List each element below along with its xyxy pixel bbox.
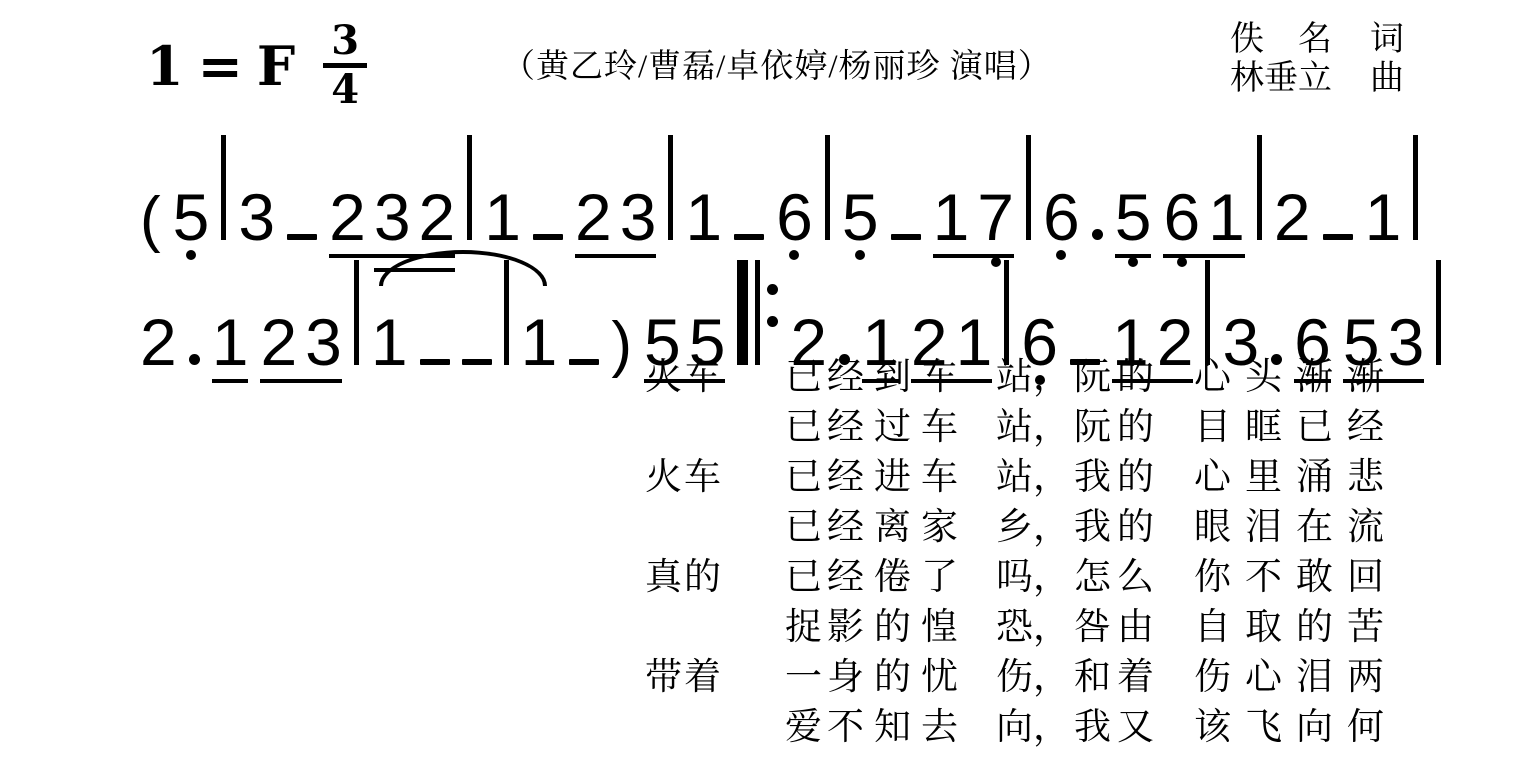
barline-icon — [825, 135, 830, 240]
dash-note-icon — [420, 359, 450, 365]
composer-name: 林垂立 — [1230, 59, 1332, 98]
tie-group: 11 — [371, 260, 557, 387]
lyric-cell: 已 — [785, 359, 827, 396]
beam-group: 5 — [1115, 184, 1152, 258]
lyric-row: 已经过车站，阮的目眶已经 — [645, 402, 1384, 452]
barline-icon — [1026, 135, 1031, 240]
lyric-cell: 阮的 — [1074, 409, 1194, 446]
note: 3 — [374, 184, 411, 250]
lyric-cell: 经过车 — [827, 409, 996, 446]
lyric-cell: 我又 — [1074, 709, 1194, 746]
note: 1 — [933, 184, 970, 250]
lyric-cell: 自取的苦 — [1194, 609, 1384, 646]
lyric-row: 真的已经倦了吗，怎么你不敢回 — [645, 552, 1384, 602]
lyric-cell: 站， — [996, 359, 1074, 396]
lyric-cell: 眼泪在流 — [1194, 509, 1384, 546]
composer-credit: 林垂立 曲 — [1230, 59, 1404, 98]
lyric-cell: 不知去 — [827, 709, 996, 746]
note: 2 — [260, 309, 297, 375]
barline-icon — [1205, 260, 1210, 365]
lyric-row: 带着一身的忧伤，和着伤心泪两 — [645, 652, 1384, 702]
dash-note-icon — [1323, 234, 1353, 240]
time-numerator: 3 — [331, 22, 359, 60]
note: 1 — [521, 309, 558, 375]
barline-icon — [354, 260, 359, 365]
lyric-cell: 经进车 — [827, 459, 996, 496]
lyric-cell: 影的惶 — [827, 609, 996, 646]
note: 1 — [212, 309, 249, 375]
beam-group: 23 — [575, 184, 656, 258]
note: 3 — [620, 184, 657, 250]
lyric-cell: 带着 — [645, 659, 785, 696]
note: 1 — [484, 184, 521, 250]
beam-group: 232 — [329, 184, 455, 258]
music-line-1: (5323212316517656121 — [140, 135, 1418, 262]
parenthesis: ( — [140, 189, 161, 251]
lyric-cell: 已 — [785, 459, 827, 496]
lyric-cell: 已 — [785, 559, 827, 596]
augmentation-dot-icon — [1092, 229, 1103, 240]
lyric-cell: 伤， — [996, 659, 1074, 696]
lyric-cell: 真的 — [645, 559, 785, 596]
lyric-cell: 怎么 — [1074, 559, 1194, 596]
lyric-cell: 伤心泪两 — [1194, 659, 1384, 696]
barline-icon — [1004, 260, 1009, 365]
lyric-row: 火车已经进车站，我的心里涌悲 — [645, 452, 1384, 502]
time-denominator: 4 — [331, 71, 359, 109]
key-time-signature: 1 = F 3 4 — [146, 22, 367, 109]
beam-group: 1 — [212, 309, 249, 383]
lyric-cell: 捉 — [785, 609, 827, 646]
lyric-cell: 一 — [785, 659, 827, 696]
key-note: F — [257, 39, 295, 93]
lyric-cell: 恐， — [996, 609, 1074, 646]
dash-note-icon — [287, 234, 317, 240]
note: 5 — [1115, 184, 1152, 250]
lyric-cell: 经倦了 — [827, 559, 996, 596]
octave-dot-low-icon — [789, 250, 799, 260]
lyric-cell: 站， — [996, 409, 1074, 446]
note: 5 — [842, 184, 879, 250]
repeat-thin-bar-icon — [755, 260, 760, 365]
composer-role: 曲 — [1370, 59, 1404, 98]
lyric-cell: 咎由 — [1074, 609, 1194, 646]
lyric-cell: 身的忧 — [827, 659, 996, 696]
performers-credit: （黄乙玲/曹磊/卓依婷/杨丽珍 演唱） — [502, 40, 1052, 87]
equals-sign: = — [198, 39, 243, 93]
dash-note-icon — [462, 359, 492, 365]
beam-group: 61 — [1163, 184, 1244, 258]
note: 1 — [685, 184, 722, 250]
note: 5 — [173, 184, 210, 250]
octave-dot-low-icon — [855, 250, 865, 260]
note: 1 — [1208, 184, 1245, 250]
dash-note-icon — [734, 234, 764, 240]
lyric-cell: 已 — [785, 409, 827, 446]
dash-note-icon — [569, 359, 599, 365]
note: 2 — [575, 184, 612, 250]
note: 2 — [419, 184, 456, 250]
note: 2 — [1274, 184, 1311, 250]
credits: 佚 名 词 林垂立 曲 — [1230, 20, 1404, 98]
barline-icon — [1257, 135, 1262, 240]
beam-group: 32 — [374, 184, 455, 250]
barline-icon — [467, 135, 472, 240]
repeat-thick-bar-icon — [737, 260, 748, 365]
parenthesis: ) — [611, 314, 632, 376]
octave-dot-low-icon — [1056, 250, 1066, 260]
lyricist-name: 佚 名 — [1230, 20, 1332, 59]
barline-icon — [221, 135, 226, 240]
octave-dot-low-icon — [186, 250, 196, 260]
lyric-cell: 爱 — [785, 709, 827, 746]
lyric-cell: 经离家 — [827, 509, 996, 546]
lyric-cell: 经到车 — [827, 359, 996, 396]
beam-group: 17 — [933, 184, 1014, 258]
augmentation-dot-icon — [189, 354, 200, 365]
beam-group: 23 — [260, 309, 341, 383]
note: 6 — [776, 184, 813, 250]
note: 6 — [1163, 184, 1200, 250]
note: 2 — [140, 309, 177, 375]
note: 1 — [371, 309, 408, 375]
lyric-row: 爱不知去向，我又该飞向何 — [645, 702, 1384, 752]
lyric-cell: 已 — [785, 509, 827, 546]
lyric-cell: 心里涌悲 — [1194, 459, 1384, 496]
dash-note-icon — [891, 234, 921, 240]
barline-icon — [1436, 260, 1441, 365]
lyricist-role: 词 — [1370, 20, 1404, 59]
lyric-cell: 站， — [996, 459, 1074, 496]
note: 6 — [1043, 184, 1080, 250]
note: 1 — [1365, 184, 1402, 250]
lyric-row: 火车已经到车站，阮的心头渐渐 — [645, 352, 1384, 402]
lyric-cell: 阮的 — [1074, 359, 1194, 396]
note: 2 — [329, 184, 366, 250]
lyric-cell: 我的 — [1074, 459, 1194, 496]
lyric-cell: 火车 — [645, 359, 785, 396]
lyricist-credit: 佚 名 词 — [1230, 20, 1404, 59]
note: 3 — [305, 309, 342, 375]
lyric-cell: 和着 — [1074, 659, 1194, 696]
lyric-cell: 向， — [996, 709, 1074, 746]
lyric-cell: 该飞向何 — [1194, 709, 1384, 746]
lyrics: 火车已经到车站，阮的心头渐渐已经过车站，阮的目眶已经火车已经进车站，我的心里涌悲… — [645, 352, 1384, 752]
lyric-row: 捉影的惶恐，咎由自取的苦 — [645, 602, 1384, 652]
dash-note-icon — [533, 234, 563, 240]
repeat-colon-icon — [766, 260, 778, 365]
lyric-cell: 目眶已经 — [1194, 409, 1384, 446]
note: 3 — [238, 184, 275, 250]
lyric-cell: 心头渐渐 — [1194, 359, 1384, 396]
lyric-cell: 吗， — [996, 559, 1074, 596]
barline-icon — [668, 135, 673, 240]
note: 7 — [977, 184, 1014, 250]
lyric-cell: 我的 — [1074, 509, 1194, 546]
lyric-cell: 你不敢回 — [1194, 559, 1384, 596]
key-tonic: 1 — [146, 39, 184, 93]
time-signature: 3 4 — [323, 22, 367, 109]
lyric-row: 已经离家乡，我的眼泪在流 — [645, 502, 1384, 552]
lyric-cell: 乡， — [996, 509, 1074, 546]
barline-icon — [1413, 135, 1418, 240]
sheet-music-page: 1 = F 3 4 （黄乙玲/曹磊/卓依婷/杨丽珍 演唱） 佚 名 词 林垂立 … — [0, 0, 1536, 771]
lyric-cell: 火车 — [645, 459, 785, 496]
